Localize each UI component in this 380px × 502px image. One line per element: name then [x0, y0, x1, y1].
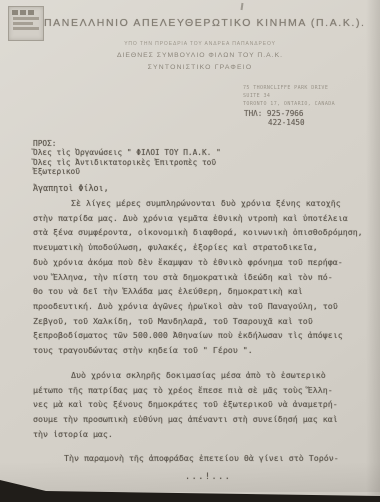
archive-stamp-icon — [8, 6, 44, 41]
body-line: σουμε τὴν προσωπικὴ εὐθύνη μας ἀπέναντι … — [33, 412, 363, 427]
body-line: στὴν πατρίδα μας. Δυὸ χρόνια γεμᾶτα ἐθνι… — [33, 211, 363, 226]
stamp-line — [13, 17, 39, 20]
letterhead-presidency-line: ΥΠΟ ΤΗΝ ΠΡΟΕΔΡΙΑ ΤΟΥ ΑΝΔΡΕΑ ΠΑΠΑΝΔΡΕΟΥ — [60, 41, 340, 47]
paper-edge-shadow-right — [366, 0, 380, 497]
scanned-letter-page: ΠΑΝΕΛΛΗΝΙΟ ΑΠΕΛΕΥΘΕΡΩΤΙΚΟ ΚΙΝΗΜΑ (Π.Α.Κ.… — [0, 0, 380, 502]
pen-mark — [241, 3, 244, 10]
body-paragraph-1: Σὲ λίγες μέρες συμπληρώνονται δυὸ χρόνια… — [33, 196, 363, 358]
body-line: Ζεβγοῦ, τοῦ Χαλκίδη, τοῦ Μανδηλαρᾶ, τοῦ … — [33, 314, 363, 329]
address-line: SUITE 34 — [243, 92, 335, 100]
stamp-line — [13, 22, 33, 25]
letterhead-address-block: 75 THORNCLIFFE PARK DRIVE SUITE 34 TORON… — [243, 84, 335, 108]
letterhead-office-line: ΣΥΝΤΟΝΙΣΤΙΚΟ ΓΡΑΦΕΙΟ — [60, 64, 340, 71]
page-continuation-mark: ...!... — [185, 472, 231, 482]
body-line: νου Ἕλληνα, τὴν πίστη του στὰ δημοκρατικ… — [33, 270, 363, 285]
stamp-line — [13, 27, 39, 30]
stamp-square — [28, 10, 34, 15]
body-paragraph-2: Δυὸ χρόνια σκληρῆς δοκιμασίας μέσα ἀπὸ τ… — [33, 368, 363, 442]
body-line: δυὸ χρόνια ἀκόμα ποὺ δὲν ἔκαμψαν τὸ ἐθνι… — [33, 255, 363, 270]
recipient-line: Ἐξωτερικοῦ — [33, 167, 221, 177]
letterhead-phone-block: ΤΗΛ: 925-7966 422-1450 — [244, 109, 305, 127]
phone-line: ΤΗΛ: 925-7966 — [244, 109, 305, 118]
to-label: ΠΡΟΣ: — [33, 139, 56, 148]
recipient-line: Ὅλες τὶς Ἀντιδικτατορικὲς Ἐπιτροπὲς τοῦ — [33, 158, 221, 168]
organization-title: ΠΑΝΕΛΛΗΝΙΟ ΑΠΕΛΕΥΘΕΡΩΤΙΚΟ ΚΙΝΗΜΑ (Π.Α.Κ.… — [44, 17, 356, 29]
body-line: προοδευτική. Δυὸ χρόνια ἀγῶνες ἡρωϊκοὶ σ… — [33, 299, 363, 314]
recipient-line: Ὅλες τὶς Ὀργανώσεις " ΦΙΛΟΙ ΤΟΥ Π.Α.Κ. " — [33, 148, 221, 158]
address-line: TORONTO 17, ONTARIO, CANADA — [243, 100, 335, 108]
paper-sheet: ΠΑΝΕΛΛΗΝΙΟ ΑΠΕΛΕΥΘΕΡΩΤΙΚΟ ΚΙΝΗΜΑ (Π.Α.Κ.… — [0, 0, 380, 497]
stamp-square — [20, 10, 26, 15]
body-line: στὰ ξένα συμφέροντα, οἰκονομικὴ διαφθορά… — [33, 225, 363, 240]
body-line: Σὲ λίγες μέρες συμπληρώνονται δυὸ χρόνια… — [33, 196, 363, 211]
phone-line: 422-1450 — [244, 118, 305, 127]
stamp-marks — [12, 10, 40, 15]
body-line: τους τραγουδώντας στὴν κηδεία τοῦ " Γέρο… — [33, 343, 363, 358]
body-line: θο του νὰ δεῖ τὴν Ἑλλάδα μας ἐλεύθερη, δ… — [33, 284, 363, 299]
stamp-square — [12, 10, 18, 15]
body-line: πνευματικὴ ὑποδούλωση, φυλακές, ἐξορίες … — [33, 240, 363, 255]
letterhead-council-line: ΔΙΕΘΝΕΣ ΣΥΜΒΟΥΛΙΟ ΦΙΛΩΝ ΤΟΥ Π.Α.Κ. — [60, 52, 340, 59]
recipient-block: Ὅλες τὶς Ὀργανώσεις " ΦΙΛΟΙ ΤΟΥ Π.Α.Κ. "… — [33, 148, 221, 177]
body-line: τὴν ἱστορία μας. — [33, 427, 363, 442]
body-line: νες μὰ καὶ τοὺς ξένους δημοκράτες τοῦ ἐξ… — [33, 397, 363, 412]
body-line: μέτωπο τῆς πατρίδας μας τὸ χρέος ἔπεσε π… — [33, 383, 363, 398]
body-line: Δυὸ χρόνια σκληρῆς δοκιμασίας μέσα ἀπὸ τ… — [33, 368, 363, 383]
body-line: ξεπροβοδίσματος τῶν 500.000 Ἀθηναίων ποὺ… — [33, 328, 363, 343]
salutation: Ἀγαπητοὶ Φίλοι, — [33, 183, 109, 193]
body-line: Τὴν παραμονὴ τῆς ἀποφράδας ἐπετείου θὰ γ… — [33, 451, 363, 466]
address-line: 75 THORNCLIFFE PARK DRIVE — [243, 84, 335, 92]
body-paragraph-3: Τὴν παραμονὴ τῆς ἀποφράδας ἐπετείου θὰ γ… — [33, 451, 363, 466]
